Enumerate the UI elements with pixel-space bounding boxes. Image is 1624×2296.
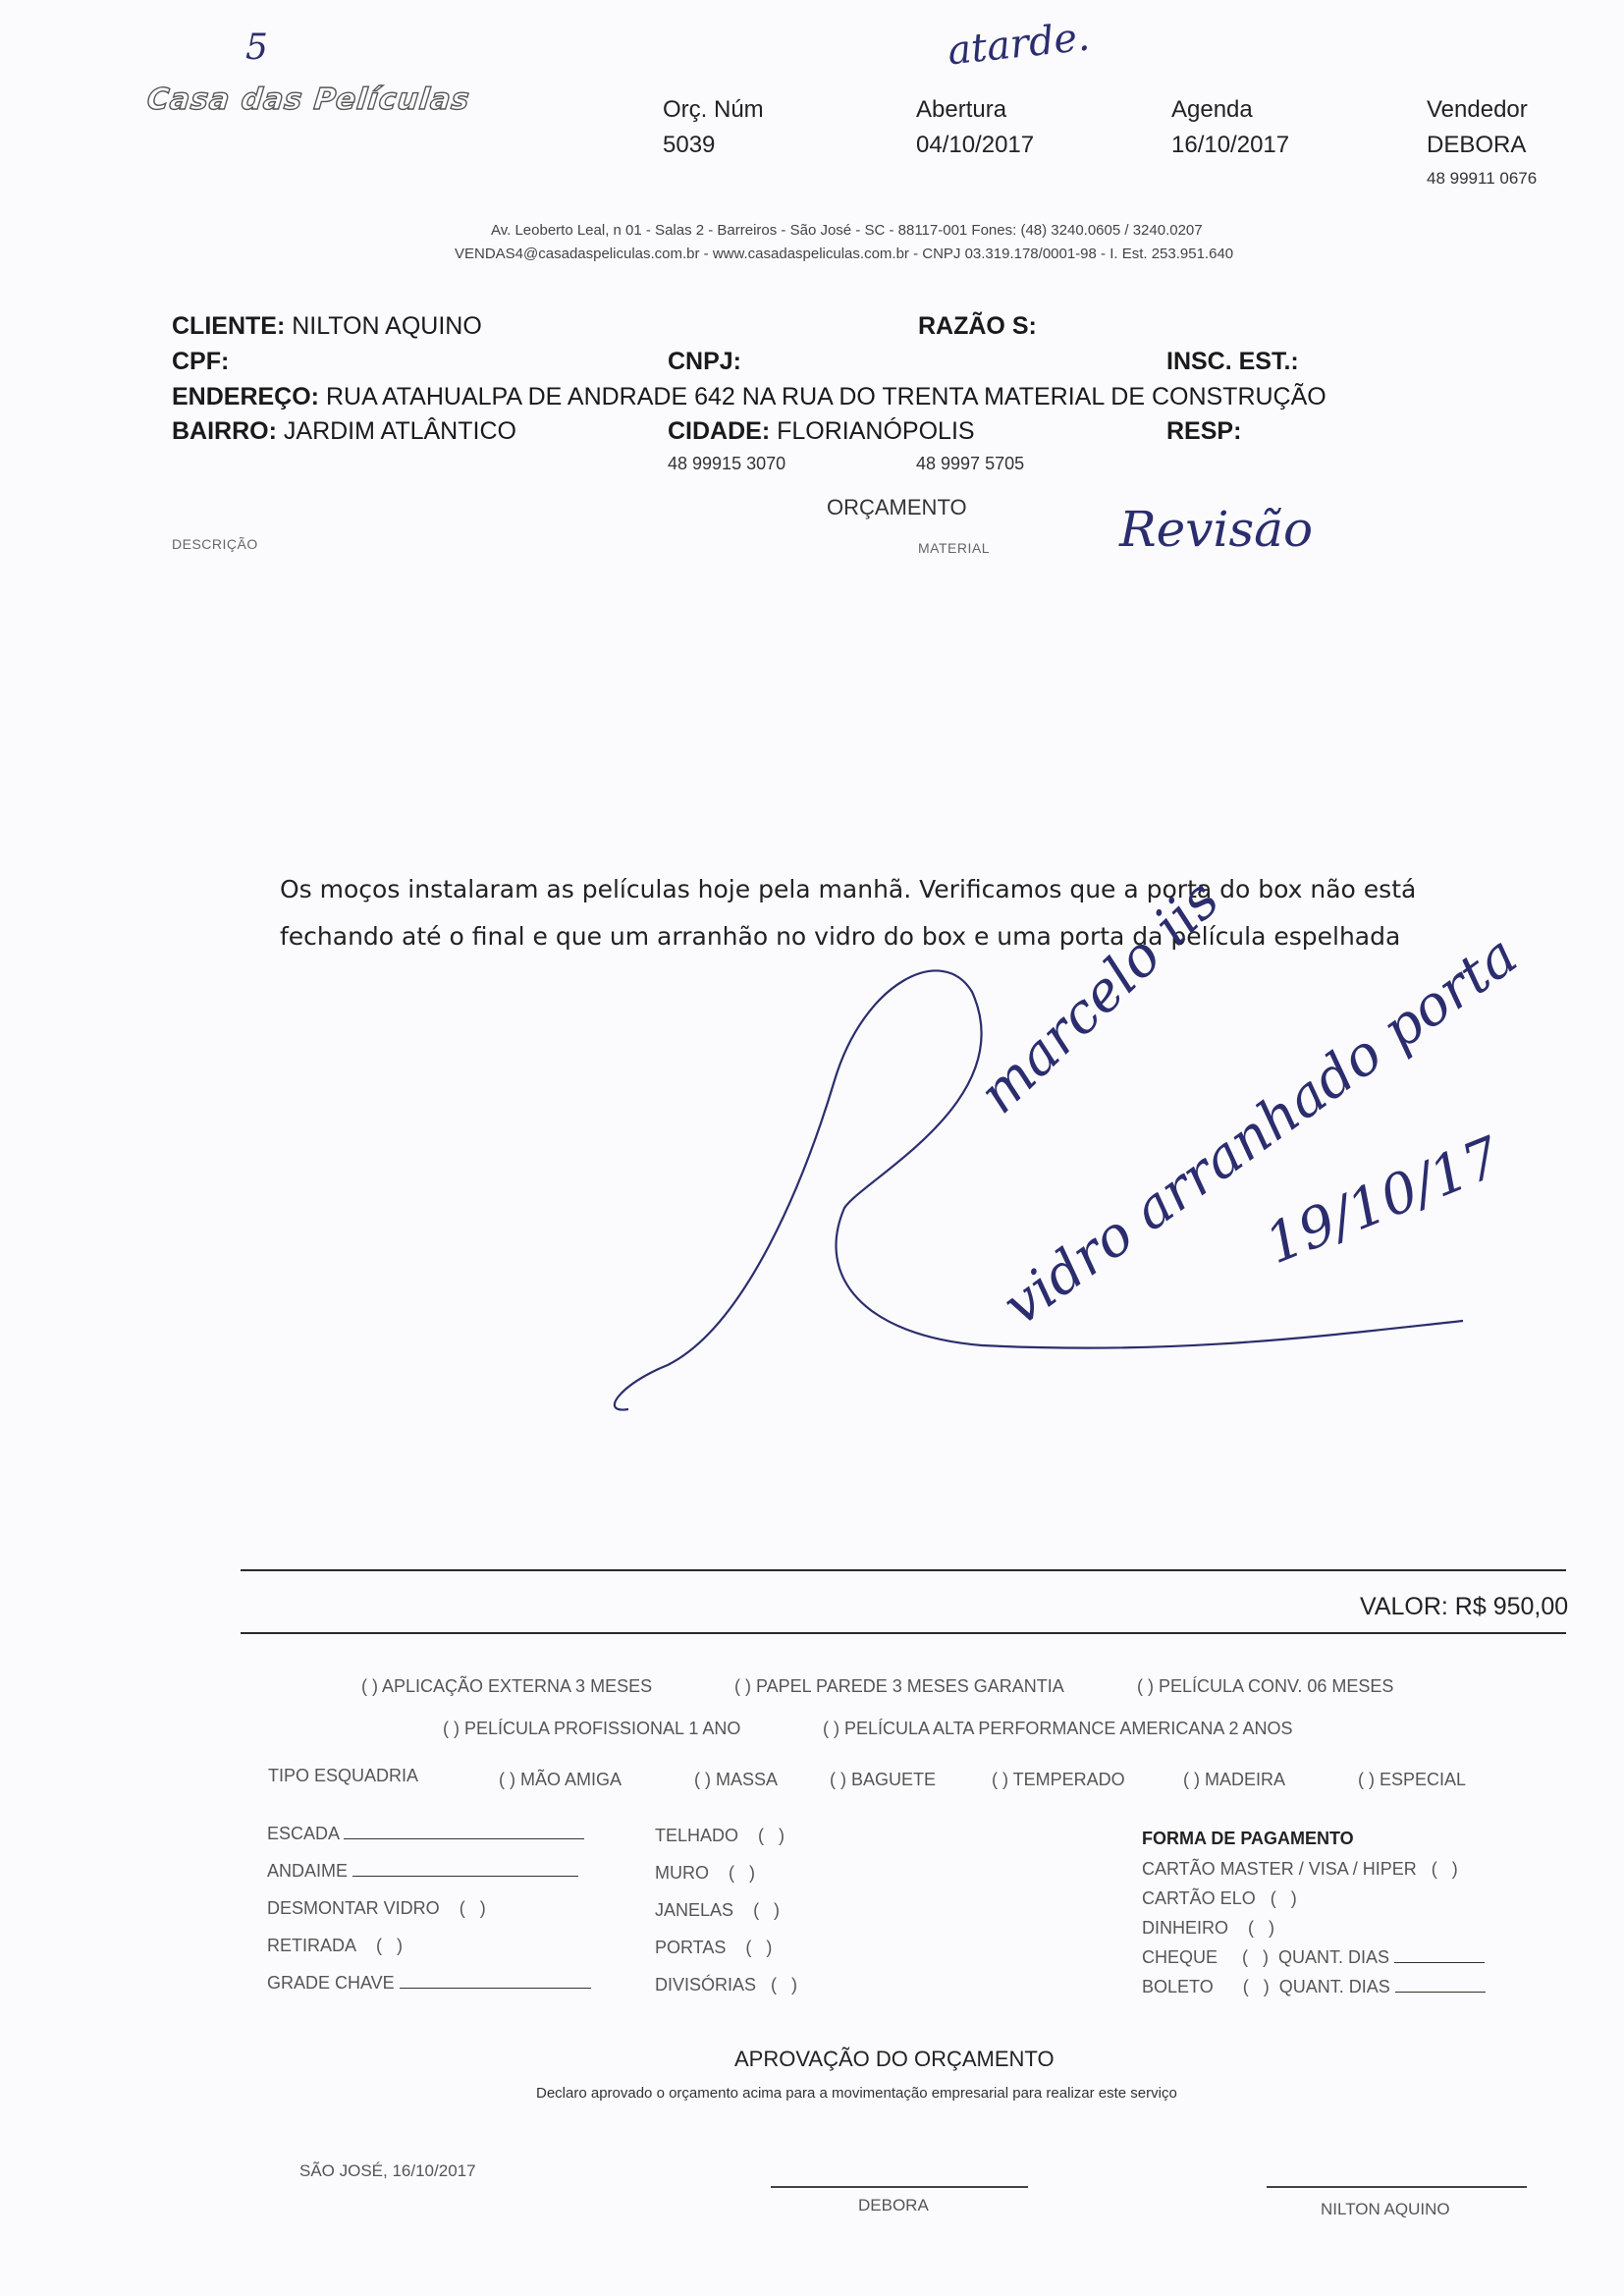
client-signature-line [1267, 2186, 1527, 2188]
esquadria-option[interactable]: ( ) BAGUETE [830, 1770, 936, 1790]
extra-label: DESMONTAR VIDRO [267, 1898, 440, 1918]
extra-portas[interactable]: PORTAS ( ) [655, 1938, 772, 1958]
payment-option-boleto[interactable]: BOLETO ( ) QUANT. DIAS [1142, 1977, 1486, 1997]
orcamento-number-label: Orç. Núm [663, 96, 764, 124]
cnpj-field: CNPJ: [668, 348, 741, 376]
handwritten-mark: 5 [245, 27, 268, 68]
checkbox[interactable]: ( ) [1242, 1947, 1269, 1967]
endereco-field: ENDEREÇO: RUA ATAHUALPA DE ANDRADE 642 N… [172, 383, 1326, 411]
extra-label: TELHADO [655, 1826, 738, 1845]
payment-title: FORMA DE PAGAMENTO [1142, 1829, 1354, 1849]
client-phone-2: 48 9997 5705 [916, 454, 1024, 474]
payment-option-dinheiro[interactable]: DINHEIRO ( ) [1142, 1918, 1274, 1939]
extra-retirada[interactable]: RETIRADA ( ) [267, 1936, 403, 1956]
company-address: Av. Leoberto Leal, n 01 - Salas 2 - Barr… [491, 222, 1203, 239]
checkbox[interactable]: ( ) [460, 1898, 486, 1918]
company-logo: Casa das Películas [145, 82, 471, 117]
extra-label: JANELAS [655, 1900, 733, 1920]
payment-label: DINHEIRO [1142, 1918, 1228, 1938]
vendedor-label: Vendedor [1427, 96, 1528, 124]
payment-option-elo[interactable]: CARTÃO ELO ( ) [1142, 1888, 1297, 1909]
extra-label: MURO [655, 1863, 709, 1883]
payment-label: CARTÃO MASTER / VISA / HIPER [1142, 1859, 1417, 1879]
blank-line[interactable] [400, 1988, 591, 1989]
checkbox[interactable]: ( ) [729, 1863, 755, 1883]
checkbox[interactable]: ( ) [376, 1936, 403, 1955]
abertura-label: Abertura [916, 96, 1006, 124]
bairro-label: BAIRRO: [172, 417, 277, 445]
checkbox[interactable]: ( ) [771, 1975, 797, 1995]
extra-escada[interactable]: ESCADA [267, 1824, 584, 1844]
service-option[interactable]: ( ) PELÍCULA CONV. 06 MESES [1137, 1676, 1393, 1697]
service-option[interactable]: ( ) PELÍCULA PROFISSIONAL 1 ANO [443, 1719, 740, 1739]
extra-label: GRADE CHAVE [267, 1973, 395, 1993]
checkbox[interactable]: ( ) [1243, 1977, 1270, 1996]
esquadria-option[interactable]: ( ) TEMPERADO [992, 1770, 1125, 1790]
insc-est-field: INSC. EST.: [1166, 348, 1299, 376]
approval-text: Declaro aprovado o orçamento acima para … [536, 2085, 1177, 2102]
esquadria-option[interactable]: ( ) ESPECIAL [1358, 1770, 1466, 1790]
company-contact: VENDAS4@casadaspeliculas.com.br - www.ca… [455, 246, 1233, 262]
cidade-value: FLORIANÓPOLIS [777, 417, 974, 445]
abertura-date: 04/10/2017 [916, 132, 1034, 159]
extra-desmontar-vidro[interactable]: DESMONTAR VIDRO ( ) [267, 1898, 486, 1919]
extra-divisorias[interactable]: DIVISÓRIAS ( ) [655, 1975, 797, 1995]
extra-label: ANDAIME [267, 1861, 348, 1881]
extra-muro[interactable]: MURO ( ) [655, 1863, 755, 1884]
cliente-label: CLIENTE: [172, 312, 285, 340]
client-phone-1: 48 99915 3070 [668, 454, 785, 474]
orcamento-number: 5039 [663, 132, 715, 159]
cliente-value: NILTON AQUINO [292, 312, 482, 340]
approval-title: APROVAÇÃO DO ORÇAMENTO [734, 2047, 1055, 2072]
bairro-value: JARDIM ATLÂNTICO [284, 417, 516, 445]
dias-label: QUANT. DIAS [1278, 1947, 1389, 1967]
valor-total: VALOR: R$ 950,00 [1360, 1593, 1568, 1621]
extra-label: ESCADA [267, 1824, 339, 1843]
client-signer: NILTON AQUINO [1321, 2200, 1450, 2219]
extra-label: RETIRADA [267, 1936, 356, 1955]
material-label: MATERIAL [918, 540, 990, 556]
extra-label: DIVISÓRIAS [655, 1975, 756, 1995]
extra-janelas[interactable]: JANELAS ( ) [655, 1900, 780, 1921]
vendor-signer: DEBORA [858, 2196, 929, 2215]
cpf-label: CPF: [172, 348, 229, 375]
payment-option-cartao[interactable]: CARTÃO MASTER / VISA / HIPER ( ) [1142, 1859, 1458, 1880]
extra-telhado[interactable]: TELHADO ( ) [655, 1826, 785, 1846]
resp-field: RESP: [1166, 417, 1241, 446]
checkbox[interactable]: ( ) [753, 1900, 780, 1920]
resp-label: RESP: [1166, 417, 1241, 445]
esquadria-option[interactable]: ( ) MASSA [694, 1770, 778, 1790]
divider-top [241, 1569, 1566, 1571]
payment-option-cheque[interactable]: CHEQUE ( ) QUANT. DIAS [1142, 1947, 1485, 1968]
descricao-label: DESCRIÇÃO [172, 536, 258, 552]
service-option[interactable]: ( ) PELÍCULA ALTA PERFORMANCE AMERICANA … [823, 1719, 1292, 1739]
agenda-label: Agenda [1171, 96, 1253, 124]
extra-label: PORTAS [655, 1938, 726, 1957]
esquadria-option[interactable]: ( ) MÃO AMIGA [499, 1770, 622, 1790]
description-line-2: fechando até o final e que um arranhão n… [280, 913, 1416, 960]
payment-label: CHEQUE [1142, 1947, 1218, 1967]
dias-blank[interactable] [1394, 1962, 1485, 1963]
endereco-value: RUA ATAHUALPA DE ANDRADE 642 NA RUA DO T… [326, 383, 1326, 410]
handwritten-note-line-3: 19/10/17 [1257, 1125, 1510, 1277]
description-line-1: Os moços instalaram as películas hoje pe… [280, 866, 1416, 913]
vendedor-phone: 48 99911 0676 [1427, 169, 1537, 189]
razao-label: RAZÃO S: [918, 312, 1037, 340]
dias-blank[interactable] [1395, 1992, 1486, 1993]
payment-label: CARTÃO ELO [1142, 1888, 1256, 1908]
cpf-field: CPF: [172, 348, 229, 376]
checkbox[interactable]: ( ) [1271, 1888, 1297, 1908]
checkbox[interactable]: ( ) [1432, 1859, 1458, 1879]
cnpj-label: CNPJ: [668, 348, 741, 375]
place-date: SÃO JOSÉ, 16/10/2017 [299, 2161, 476, 2181]
divider-bottom [241, 1632, 1566, 1634]
cidade-label: CIDADE: [668, 417, 770, 445]
bairro-field: BAIRRO: JARDIM ATLÂNTICO [172, 417, 516, 446]
blank-line[interactable] [344, 1838, 584, 1839]
vendedor-name: DEBORA [1427, 132, 1526, 159]
handwritten-note-top: atarde. [946, 15, 1092, 75]
checkbox[interactable]: ( ) [758, 1826, 785, 1845]
razao-field: RAZÃO S: [918, 312, 1037, 341]
dias-label: QUANT. DIAS [1279, 1977, 1390, 1996]
valor-amount: R$ 950,00 [1455, 1593, 1568, 1620]
endereco-label: ENDEREÇO: [172, 383, 319, 410]
insc-est-label: INSC. EST.: [1166, 348, 1299, 375]
service-description: Os moços instalaram as películas hoje pe… [280, 866, 1416, 960]
cliente-field: CLIENTE: NILTON AQUINO [172, 312, 482, 341]
esquadria-label: TIPO ESQUADRIA [268, 1766, 418, 1786]
vendor-signature-line [771, 2186, 1028, 2188]
valor-label: VALOR: [1360, 1593, 1448, 1620]
service-option[interactable]: ( ) APLICAÇÃO EXTERNA 3 MESES [361, 1676, 652, 1697]
checkbox[interactable]: ( ) [1248, 1918, 1274, 1938]
cidade-field: CIDADE: FLORIANÓPOLIS [668, 417, 975, 446]
payment-label: BOLETO [1142, 1977, 1214, 1996]
esquadria-option[interactable]: ( ) MADEIRA [1183, 1770, 1285, 1790]
agenda-date: 16/10/2017 [1171, 132, 1289, 159]
handwritten-revisao: Revisão [1119, 501, 1313, 558]
extra-andaime[interactable]: ANDAIME [267, 1861, 578, 1882]
blank-line[interactable] [352, 1876, 578, 1877]
checkbox[interactable]: ( ) [745, 1938, 772, 1957]
orcamento-title: ORÇAMENTO [827, 495, 967, 520]
extra-grade-chave[interactable]: GRADE CHAVE [267, 1973, 591, 1994]
service-option[interactable]: ( ) PAPEL PAREDE 3 MESES GARANTIA [734, 1676, 1064, 1697]
